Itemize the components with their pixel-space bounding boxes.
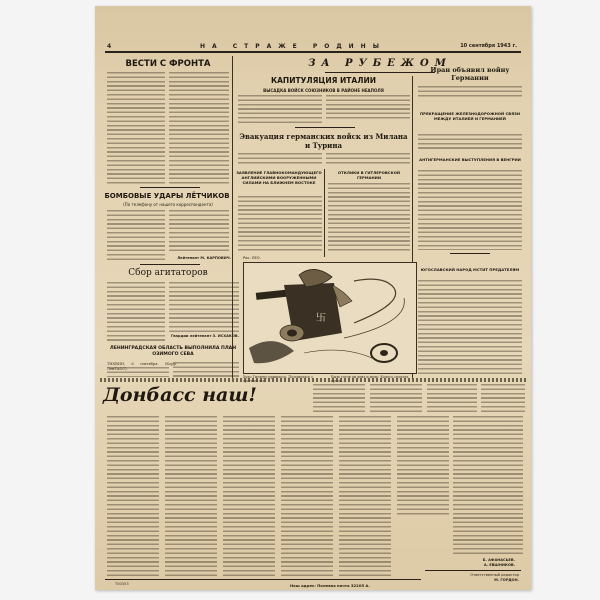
headline-bomb-strikes: БОМБОВЫЕ УДАРЫ ЛЁТЧИКОВ bbox=[103, 192, 231, 200]
page-number: 4 bbox=[107, 43, 111, 50]
article-donbass-top-col1 bbox=[313, 384, 365, 414]
newspaper-title: НА СТРАЖЕ РОДИНЫ bbox=[200, 43, 386, 50]
article-italy-col1 bbox=[238, 95, 322, 123]
svg-text:卐: 卐 bbox=[316, 312, 326, 324]
column-divider bbox=[324, 169, 325, 257]
article-front-news-col1 bbox=[107, 72, 165, 184]
issue-date: 10 сентября 1943 г. bbox=[460, 43, 517, 49]
postal-address: Наш адрес: Полевая почта 32205 А. bbox=[290, 583, 370, 588]
article-rail-link bbox=[418, 134, 522, 150]
signature-donbass-2: А. ЕВШНИКОВ. bbox=[425, 563, 515, 567]
article-hungary bbox=[418, 170, 522, 250]
article-statement bbox=[238, 196, 322, 252]
article-donbass-col4 bbox=[281, 416, 333, 576]
article-front-news-col2 bbox=[169, 72, 229, 184]
signature-donbass-1: Б. АФАНАСЬЕВ. bbox=[425, 558, 515, 562]
article-donbass-col6 bbox=[397, 416, 449, 516]
article-donbass-top-col2 bbox=[370, 384, 422, 414]
masthead-rule bbox=[105, 51, 521, 53]
signature-bomb-strikes: Лейтенант М. КАРПОВИЧ. bbox=[155, 256, 231, 260]
article-bomb-strikes-col2 bbox=[169, 210, 229, 254]
article-leningrad-col1 bbox=[107, 367, 169, 377]
article-donbass-col5 bbox=[339, 416, 391, 576]
article-bomb-strikes-col1 bbox=[107, 210, 165, 260]
article-italy-col2 bbox=[326, 95, 410, 119]
editor-label: Ответственный редактор bbox=[425, 573, 519, 577]
headline-statement: ЗАЯВЛЕНИЕ ГЛАВНОКОМАНДУЮЩЕГО АНГЛИЙСКИМИ… bbox=[236, 171, 322, 185]
signature-agitators: Гвардии лейтенант З. ИСХАКОВ. bbox=[155, 334, 239, 338]
newspaper-page: 4 НА СТРАЖЕ РОДИНЫ 10 сентября 1943 г. В… bbox=[95, 6, 531, 590]
headline-evacuation: Эвакуация германских войск из Милана и Т… bbox=[236, 132, 411, 150]
headline-responses-germany: ОТКЛИКИ В ГИТЛЕРОВСКОЙ ГЕРМАНИИ bbox=[326, 171, 412, 181]
article-evacuation-col2 bbox=[326, 153, 410, 165]
tank-cartoon-icon: 卐 bbox=[244, 263, 416, 373]
editor-name: М. ГОРДОН. bbox=[425, 578, 519, 582]
article-evacuation-col1 bbox=[238, 153, 322, 165]
headline-rail-link: ПРЕКРАЩЕНИЕ ЖЕЛЕЗНОДОРОЖНОЙ СВЯЗИ МЕЖДУ … bbox=[415, 112, 525, 122]
headline-donbass: Донбасс наш! bbox=[103, 384, 243, 406]
cartoon-credit: Рис. ЛЕО. bbox=[243, 256, 261, 260]
headline-iran-war: Иран объявил войну Германии bbox=[415, 66, 525, 82]
article-yugoslavia bbox=[418, 280, 522, 374]
subhead-italy-landing: ВЫСАДКА ВОЙСК СОЮЗНИКОВ В РАЙОНЕ НЕАПОЛЯ bbox=[236, 88, 411, 93]
cartoon-illustration: 卐 bbox=[243, 262, 417, 374]
article-agitators-col1 bbox=[107, 282, 165, 342]
section-divider bbox=[450, 253, 490, 254]
headline-agitators: Сбор агитаторов bbox=[105, 268, 231, 278]
article-donbass-top-col4 bbox=[481, 384, 525, 414]
headline-leningrad-region: ЛЕНИНГРАДСКАЯ ОБЛАСТЬ ВЫПОЛНИЛА ПЛАН ОЗИ… bbox=[105, 346, 241, 358]
editor-rule bbox=[425, 570, 521, 571]
subhead-bomb-strikes: (По телефону от нашего корреспондента) bbox=[105, 202, 231, 207]
section-divider bbox=[140, 264, 200, 265]
section-divider bbox=[295, 127, 355, 128]
wavy-separator bbox=[100, 378, 526, 382]
headline-front-news: ВЕСТИ С ФРОНТА bbox=[105, 59, 231, 69]
article-donbass-col2 bbox=[165, 416, 217, 576]
print-code: Т00353 bbox=[115, 582, 129, 586]
headline-yugoslavia: ЮГОСЛАВСКИЙ НАРОД МСТИТ ПРЕДАТЕЛЯМ bbox=[415, 268, 525, 273]
article-donbass-col3 bbox=[223, 416, 275, 576]
bottom-rule bbox=[105, 579, 421, 580]
article-donbass-top-col3 bbox=[427, 384, 477, 414]
article-iran-war bbox=[418, 86, 522, 98]
headline-hungary: АНТИГЕРМАНСКИЕ ВЫСТУПЛЕНИЯ В ВЕНГРИИ bbox=[415, 158, 525, 163]
headline-italy-capitulation: КАПИТУЛЯЦИЯ ИТАЛИИ bbox=[236, 76, 411, 85]
article-leningrad-col2 bbox=[173, 362, 239, 377]
article-responses-germany bbox=[328, 183, 410, 253]
article-agitators-col2 bbox=[169, 282, 239, 332]
masthead: 4 НА СТРАЖЕ РОДИНЫ 10 сентября 1943 г. bbox=[105, 43, 521, 51]
article-donbass-col7 bbox=[453, 416, 523, 556]
article-donbass-col1 bbox=[107, 416, 159, 576]
section-divider bbox=[140, 187, 200, 188]
